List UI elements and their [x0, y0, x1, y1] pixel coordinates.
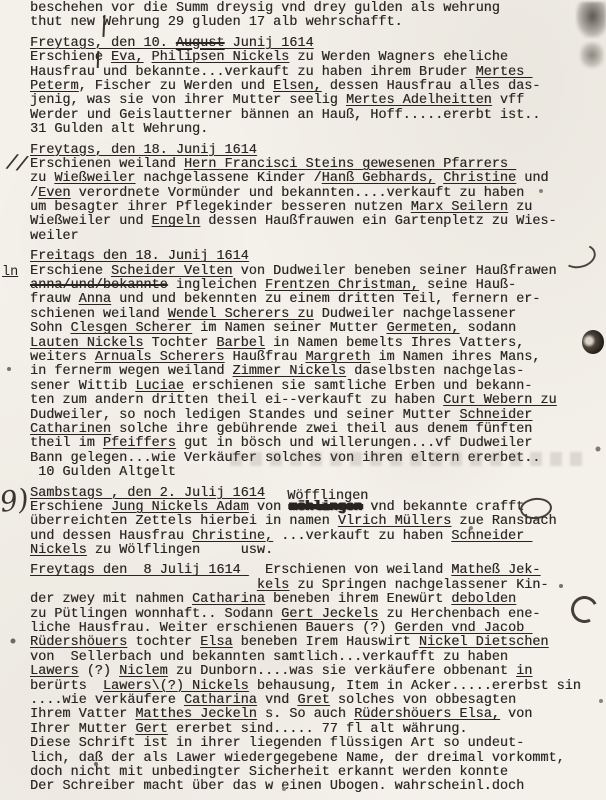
- text-line: Nickels zu Wölflingen usw.: [30, 544, 602, 558]
- text-segment: Freytags den 8 Julij 1614: [30, 563, 249, 578]
- text-segment: Freytags, den 10.: [30, 36, 176, 51]
- text-segment: Gerden vnd Jacob: [395, 621, 533, 636]
- text-segment: im Namen seiner Mutter: [192, 321, 386, 336]
- text-segment: Gert Jeckels: [281, 607, 378, 622]
- text-segment: Erschienen von weiland: [249, 563, 452, 578]
- text-line: Der Schreiber macht über das w einen Ubo…: [30, 780, 602, 794]
- text-segment: Anna: [79, 292, 111, 307]
- text-line: Wießweiler und Engeln dessen Haußfrauwen…: [30, 215, 602, 229]
- text-segment: ten zum andern dritten theil ei--verkauf…: [30, 393, 443, 408]
- text-segment: vnd: [257, 693, 298, 708]
- text-segment: Luciae: [135, 379, 184, 394]
- text-line: Freitags den 18. Junij 1614: [30, 250, 602, 264]
- text-segment: sener Wittib: [30, 379, 135, 394]
- text-segment: zu Dunborn....was sie verkäufere obbenan…: [168, 664, 516, 679]
- text-segment: Rüdershöuers Elsa,: [354, 707, 500, 722]
- text-line: überreichten Zettels hierbei in namen Vl…: [30, 515, 602, 529]
- text-segment: Germeten,: [386, 321, 459, 336]
- text-segment: [143, 50, 151, 65]
- text-line: ten zum andern dritten theil ei--verkauf…: [30, 394, 602, 408]
- text-segment: Clesgen Scherer: [71, 321, 193, 336]
- text-segment: in: [516, 664, 532, 679]
- text-line: Ihrer Mutter Gert ererbet sind..... 77 f…: [30, 723, 602, 737]
- document-text: beschehen vor die Summ dreysig vnd drey …: [30, 2, 602, 795]
- text-line: in fernerm wegen weiland Zimmer Nickels …: [30, 365, 602, 379]
- margin-slash-mark: //: [4, 156, 27, 174]
- text-segment: zu Herchenbach ene-: [378, 607, 540, 622]
- margin-note-number: 9): [0, 492, 30, 510]
- text-segment: Peterm: [30, 79, 79, 94]
- text-segment: weiler: [30, 229, 79, 244]
- text-segment: Christine: [443, 171, 516, 186]
- text-line: Dudweiler, so noch ledigen Standes und s…: [30, 409, 602, 423]
- section-entry-freytags-18-junij-1614: Freytags, den 18. Junij 1614Erschienen w…: [30, 144, 602, 245]
- text-segment: Marx Seilern: [411, 200, 508, 215]
- text-segment: [30, 578, 257, 593]
- text-line: Rüdershöuers tochter Elsa beneben Irem H…: [30, 636, 602, 650]
- text-segment: August: [176, 36, 225, 51]
- text-segment: sodann: [459, 321, 516, 336]
- text-segment: Junij 1614: [224, 36, 313, 51]
- text-segment: und und bekennten zu einem dritten Teil,…: [111, 292, 540, 307]
- text-segment: von: [500, 707, 532, 722]
- text-line: liche Hausfrau. Weiter erschienen Bauers…: [30, 622, 602, 636]
- text-segment: Tochter: [143, 336, 216, 351]
- text-segment: Even: [38, 186, 70, 201]
- text-segment: Wendel Scherers zu: [168, 307, 314, 322]
- text-segment: zu: [30, 171, 54, 186]
- text-segment: nachgelassene Kinder /: [135, 171, 321, 186]
- text-segment: Erschiene: [30, 500, 111, 515]
- text-segment: Wießweiler und: [30, 214, 152, 229]
- text-segment: Lawers\(?) Nickels: [103, 679, 249, 694]
- text-line: um besagter ihrer Pflegekinder besseren …: [30, 201, 602, 215]
- text-segment: Schneider: [459, 408, 532, 423]
- text-segment: der zwey mit nahmen: [30, 592, 192, 607]
- text-segment: [435, 171, 443, 186]
- text-segment: Lawers: [30, 664, 79, 679]
- inserted-correction-text: Wöfflingen: [287, 490, 368, 504]
- text-segment: von: [249, 500, 290, 515]
- text-segment: Frentzen Christman,: [265, 278, 419, 293]
- text-segment: und dessen Hausfrau: [30, 529, 192, 544]
- text-line: Erschiene Jung Nickels Adam von möhlinge…: [30, 501, 602, 515]
- text-line: schienen weiland Wendel Scherers zu Dudw…: [30, 308, 602, 322]
- text-line: doch nicht mit unbedingter Sicherheit er…: [30, 766, 602, 780]
- text-segment: Dudweiler, so noch ledigen Standes und s…: [30, 408, 459, 423]
- text-segment: tochter: [127, 635, 200, 650]
- text-segment: weiters: [30, 350, 95, 365]
- text-segment: Margreth: [305, 350, 370, 365]
- text-segment: debolden: [451, 592, 516, 607]
- paper-speckles: [0, 0, 2, 2]
- text-segment: Philipsen Nickels: [152, 50, 290, 65]
- text-segment: ...verkauft zu haben: [273, 529, 451, 544]
- text-line: Sohn Clesgen Scherer im Namen seiner Mut…: [30, 322, 602, 336]
- text-segment: Barbel: [216, 336, 265, 351]
- text-line: 31 Gulden alt Wehrung.: [30, 123, 602, 137]
- text-segment: Mertes Adelheitten: [346, 93, 492, 108]
- text-segment: , Fischer zu Werden und: [79, 79, 273, 94]
- text-segment: Ihrem Vatter: [30, 707, 135, 722]
- margin-note-ln: ln: [2, 266, 18, 280]
- section-carryover-paragraph: beschehen vor die Summ dreysig vnd drey …: [30, 2, 602, 31]
- text-segment: Dudweiler nachgelassener: [314, 307, 517, 322]
- text-line: Erschiene Scheider Velten von Dudweiler …: [30, 265, 602, 279]
- section-entry-sambstags-2-julij-1614: Sambstags , den 2. Julij 1614Erschiene J…: [30, 487, 602, 559]
- text-segment: Lauten Nickels: [30, 336, 143, 351]
- text-segment: liche Hausfrau. Weiter erschienen Bauers…: [30, 621, 395, 636]
- text-segment: kels: [257, 578, 289, 593]
- text-segment: solche ihre gebührende zwei theil aus de…: [111, 422, 532, 437]
- text-segment: Pfeiffers: [103, 436, 176, 451]
- text-segment: Hern Francisci Steins gewesenen Pfarrers: [184, 157, 516, 172]
- text-segment: dessen Haußfrauwen ein Gartenpletz zu Wi…: [200, 214, 556, 229]
- text-segment: um besagter ihrer Pflegekinder besseren …: [30, 200, 411, 215]
- text-segment: Erschiene: [30, 264, 111, 279]
- text-line: Catharinen solche ihre gebührende zwei t…: [30, 423, 602, 437]
- text-line: zu Pütlingen wonnhaft.. Sodann Gert Jeck…: [30, 608, 602, 622]
- text-line: frauw Anna und und bekennten zu einem dr…: [30, 293, 602, 307]
- text-line: Freytags den 8 Julij 1614 Erschienen von…: [30, 564, 602, 578]
- text-segment: Erschienen weiland: [30, 157, 184, 172]
- text-segment: überreichten Zettels hierbei in namen: [30, 514, 338, 529]
- text-segment: gut in bösch und willerungen...vf Dudwei…: [176, 436, 532, 451]
- text-segment: Bann gelegen...wie Verkäufer solches von…: [30, 451, 540, 466]
- section-entry-freytags-10-junij-1614: Freytags, den 10. August Junij 1614Ersch…: [30, 37, 602, 138]
- text-segment: Gret: [297, 693, 329, 708]
- text-line: Diese Schrift ist in ihrer liegenden flü…: [30, 737, 602, 751]
- text-segment: Catharinen: [30, 422, 111, 437]
- text-segment: vff: [492, 93, 524, 108]
- text-line: Werder und Geislautterner bännen an Hauß…: [30, 109, 602, 123]
- text-segment: zu Pütlingen wonnhaft.. Sodann: [30, 607, 281, 622]
- text-segment: Freytags, den 18. Junij 1614: [30, 143, 257, 158]
- text-line: der zwey mit nahmen Catharina beneben ih…: [30, 593, 602, 607]
- text-segment: ingleichen: [168, 278, 265, 293]
- text-line: Bann gelegen...wie Verkäufer solches von…: [30, 452, 602, 466]
- text-segment: Diese Schrift ist in ihrer liegenden flü…: [30, 736, 524, 751]
- text-segment: Sohn: [30, 321, 71, 336]
- text-line: lich, daß der als Lawer wiedergegebene N…: [30, 752, 602, 766]
- text-segment: Engeln: [152, 214, 201, 229]
- text-segment: Gert: [135, 722, 167, 737]
- text-segment: Matthes Jeckeln: [135, 707, 257, 722]
- text-segment: theil im: [30, 436, 103, 451]
- text-segment: Der Schreiber macht über das w einen Ubo…: [30, 779, 524, 794]
- text-line: Freytags, den 18. Junij 1614: [30, 144, 602, 158]
- text-segment: ....wie verkäufere: [30, 693, 184, 708]
- text-segment: Elsa: [200, 635, 232, 650]
- text-line: 10 Gulden Altgelt: [30, 466, 602, 480]
- text-segment: Nickels: [30, 543, 87, 558]
- text-line: Peterm, Fischer zu Werden und Elsen, des…: [30, 80, 602, 94]
- text-line: Freytags, den 10. August Junij 1614: [30, 37, 602, 51]
- text-segment: beneben ihrem Enewürt: [265, 592, 451, 607]
- text-segment: Elsen,: [273, 79, 322, 94]
- text-segment: daselbsten nachgelas-: [346, 364, 524, 379]
- text-segment: erschienen sie samtliche Erben und bekan…: [184, 379, 532, 394]
- text-segment: möhlingenWöfflingen: [289, 501, 362, 515]
- text-segment: (?): [79, 664, 120, 679]
- text-line: Erschiene Eva, Philipsen Nickels zu Werd…: [30, 51, 602, 65]
- text-line: zu Wießweiler nachgelassene Kinder /Hanß…: [30, 172, 602, 186]
- text-segment: /: [30, 186, 38, 201]
- text-segment: in fernerm wegen weiland: [30, 364, 233, 379]
- text-segment: zu Wölflingen usw.: [87, 543, 273, 558]
- text-line: weiters Arnuals Scherers Haußfrau Margre…: [30, 351, 602, 365]
- text-segment: Christine,: [192, 529, 273, 544]
- text-segment: behausung, Item in Acker.....ererbst sin: [249, 679, 581, 694]
- text-segment: Schneider: [451, 529, 532, 544]
- text-segment: Freitags den 18. Junij 1614: [30, 249, 249, 264]
- text-segment: von Sellerbach und bekannten samtlich...…: [30, 650, 508, 665]
- text-segment: schienen weiland: [30, 307, 168, 322]
- text-line: anna/und/bekannte ingleichen Frentzen Ch…: [30, 279, 602, 293]
- text-segment: Mertes: [476, 65, 533, 80]
- text-segment: Niclem: [119, 664, 168, 679]
- text-segment: vnd bekannte crafft: [362, 500, 524, 515]
- text-segment: anna/und/bekannte: [30, 278, 168, 293]
- text-segment: in Namen bemelts Ihres Vatters,: [265, 336, 524, 351]
- text-segment: s. So auch: [257, 707, 354, 722]
- text-segment: Sambstags , den 2. Julij 1614: [30, 486, 265, 501]
- text-segment: von Dudweiler beneben seiner Haußfrawen: [233, 264, 557, 279]
- text-segment: beschehen vor die Summ dreysig vnd drey …: [30, 1, 500, 16]
- text-segment: Catharina: [184, 693, 257, 708]
- text-segment: 31 Gulden alt Wehrung.: [30, 122, 208, 137]
- text-segment: Jung Nickels Adam: [111, 500, 249, 515]
- text-line: berürts Lawers\(?) Nickels behausung, It…: [30, 680, 602, 694]
- text-segment: Arnuals Scherers: [95, 350, 225, 365]
- text-line: Ihrem Vatter Matthes Jeckeln s. So auch …: [30, 708, 602, 722]
- text-line: Erschienen weiland Hern Francisci Steins…: [30, 158, 602, 172]
- document-page: beschehen vor die Summ dreysig vnd drey …: [0, 0, 606, 800]
- text-segment: jenig, was sie von ihrer Mutter seelig: [30, 93, 346, 108]
- text-line: und dessen Hausfrau Christine, ...verkau…: [30, 530, 602, 544]
- text-segment: solches von obbesagten: [330, 693, 516, 708]
- text-segment: ererbet sind..... 77 fl alt währung.: [168, 722, 468, 737]
- text-segment: zue Ransbach: [451, 514, 556, 529]
- text-segment: und: [516, 171, 548, 186]
- text-line: von Sellerbach und bekannten samtlich...…: [30, 651, 602, 665]
- text-line: Hausfrau und bekannte...verkauft zu habe…: [30, 66, 602, 80]
- text-segment: Zimmer Nickels: [233, 364, 346, 379]
- text-segment: Nickel Dietschen: [419, 635, 549, 650]
- text-segment: 10 Gulden Altgelt: [30, 465, 176, 480]
- text-segment: Haußfrau: [224, 350, 305, 365]
- text-line: ....wie verkäufere Catharina vnd Gret so…: [30, 694, 602, 708]
- text-line: kels zu Springen nachgelassener Kin-: [30, 579, 602, 593]
- text-line: beschehen vor die Summ dreysig vnd drey …: [30, 2, 602, 16]
- text-segment: zu Werden Wagners eheliche: [289, 50, 508, 65]
- text-line: theil im Pfeiffers gut in bösch und will…: [30, 437, 602, 451]
- text-segment: Werder und Geislautterner bännen an Hauß…: [30, 108, 540, 123]
- text-segment: Catharina: [192, 592, 265, 607]
- text-segment: zu: [508, 200, 532, 215]
- text-segment: im Namen ihres Mans,: [370, 350, 540, 365]
- text-line: sener Wittib Luciae erschienen sie samtl…: [30, 380, 602, 394]
- text-segment: verordnete Vormünder und bekannten....ve…: [71, 186, 525, 201]
- section-entry-freytags-8-julij-1614: Freytags den 8 Julij 1614 Erschienen von…: [30, 564, 602, 794]
- text-segment: Rüdershöuers: [30, 635, 127, 650]
- text-segment: Scheider Velten: [111, 264, 233, 279]
- text-segment: dessen Hausfrau alles das-: [322, 79, 541, 94]
- text-line: jenig, was sie von ihrer Mutter seelig M…: [30, 94, 602, 108]
- text-segment: Erschiene: [30, 50, 111, 65]
- text-segment: Curt Webern zu: [443, 393, 556, 408]
- text-segment: Ihrer Mutter: [30, 722, 135, 737]
- text-segment: Vlrich Müllers: [338, 514, 451, 529]
- text-segment: Hanß Gebhards,: [322, 171, 435, 186]
- text-segment: Matheß Jek-: [451, 563, 540, 578]
- text-segment: frauw: [30, 292, 79, 307]
- text-segment: thut new Wehrung 29 gluden 17 alb wehrsc…: [30, 15, 403, 30]
- text-segment: Hausfrau und bekannte...verkauft zu habe…: [30, 65, 476, 80]
- text-segment: seine Hauß-: [419, 278, 516, 293]
- text-segment: beneben Irem Hauswirt: [233, 635, 419, 650]
- text-segment: lich, daß der als Lawer wiedergegebene N…: [30, 751, 565, 766]
- text-line: /Even verordnete Vormünder und bekannten…: [30, 187, 602, 201]
- text-segment: doch nicht mit unbedingter Sicherheit er…: [30, 765, 508, 780]
- text-line: Lauten Nickels Tochter Barbel in Namen b…: [30, 337, 602, 351]
- text-line: weiler: [30, 230, 602, 244]
- text-line: Lawers (?) Niclem zu Dunborn....was sie …: [30, 665, 602, 679]
- section-entry-freitags-18-junij-1614: Freitags den 18. Junij 1614Erschiene Sch…: [30, 250, 602, 480]
- text-segment: Eva,: [111, 50, 143, 65]
- text-line: thut new Wehrung 29 gluden 17 alb wehrsc…: [30, 16, 602, 30]
- text-segment: berürts: [30, 679, 103, 694]
- text-segment: Wießweiler: [54, 171, 135, 186]
- text-segment: zu Springen nachgelassener Kin-: [289, 578, 548, 593]
